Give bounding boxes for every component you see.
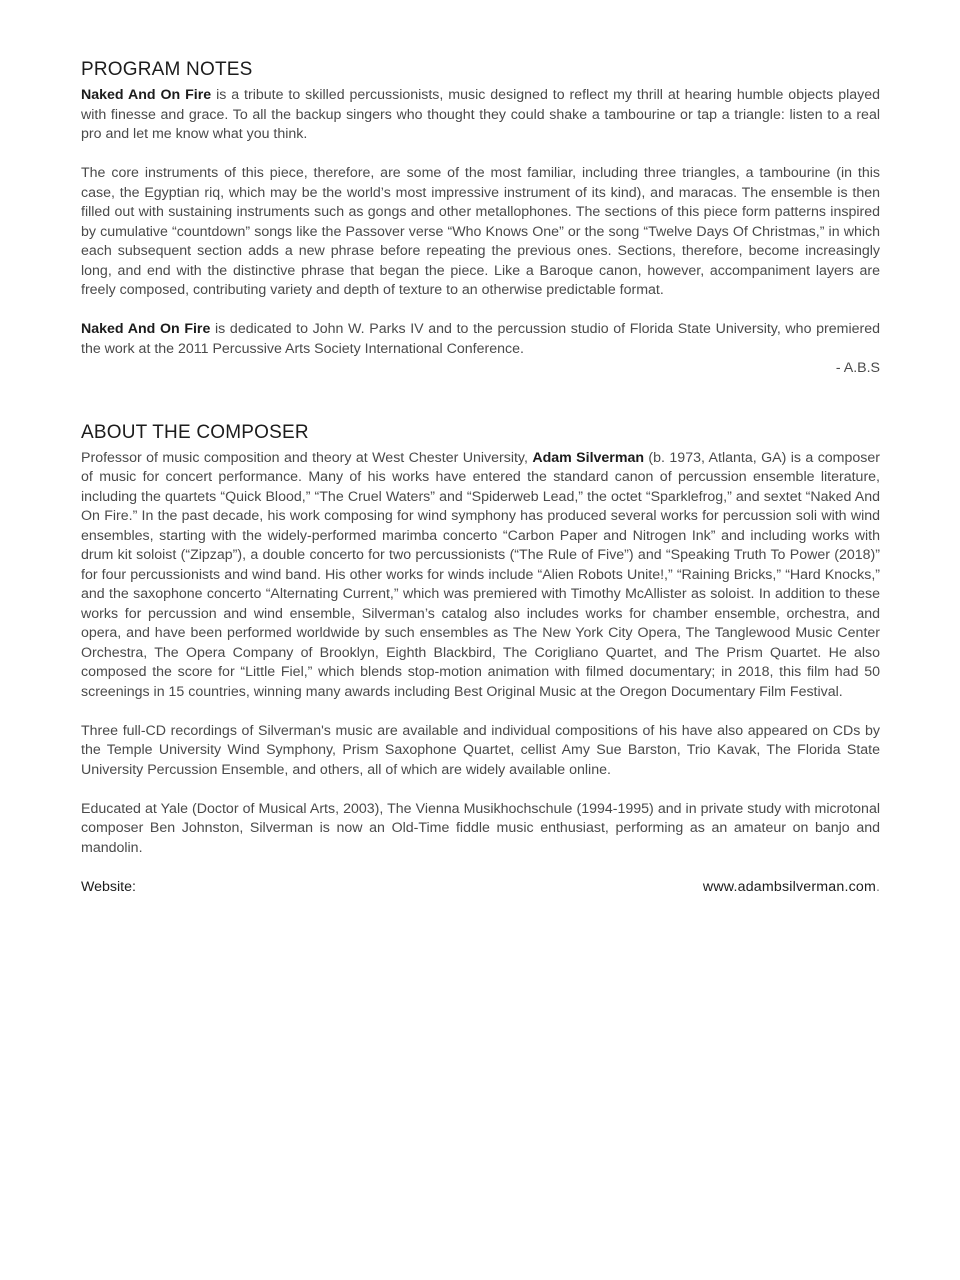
program-notes-paragraph-1: Naked And On Fire is a tribute to skille… [81, 86, 880, 145]
program-notes-paragraph-3: Naked And On Fire is dedicated to John W… [81, 320, 880, 359]
about-composer-paragraph-1: Professor of music composition and theor… [81, 449, 880, 703]
about-composer-paragraph-2: Three full-CD recordings of Silverman's … [81, 722, 880, 781]
website-label: Website: [81, 878, 136, 898]
program-notes-heading: PROGRAM NOTES [81, 58, 880, 82]
website-value: www.adambsilverman.com. [703, 878, 880, 898]
about-composer-section: ABOUT THE COMPOSER Professor of music co… [81, 421, 880, 898]
paragraph-text: Professor of music composition and theor… [81, 450, 532, 466]
website-link[interactable]: www.adambsilverman.com [703, 879, 876, 895]
paragraph-text: (b. 1973, Atlanta, GA) is a composer of … [81, 450, 880, 700]
program-notes-paragraph-2: The core instruments of this piece, ther… [81, 164, 880, 301]
program-notes-section: PROGRAM NOTES Naked And On Fire is a tri… [81, 58, 880, 379]
document-page: PROGRAM NOTES Naked And On Fire is a tri… [81, 58, 880, 897]
website-trailing-period: . [876, 879, 880, 895]
signature: - A.B.S [81, 359, 880, 379]
composer-name: Adam Silverman [532, 450, 644, 466]
website-row: Website: www.adambsilverman.com. [81, 878, 880, 898]
about-composer-heading: ABOUT THE COMPOSER [81, 421, 880, 445]
about-composer-paragraph-3: Educated at Yale (Doctor of Musical Arts… [81, 800, 880, 859]
piece-title: Naked And On Fire [81, 87, 211, 103]
piece-title: Naked And On Fire [81, 321, 210, 337]
